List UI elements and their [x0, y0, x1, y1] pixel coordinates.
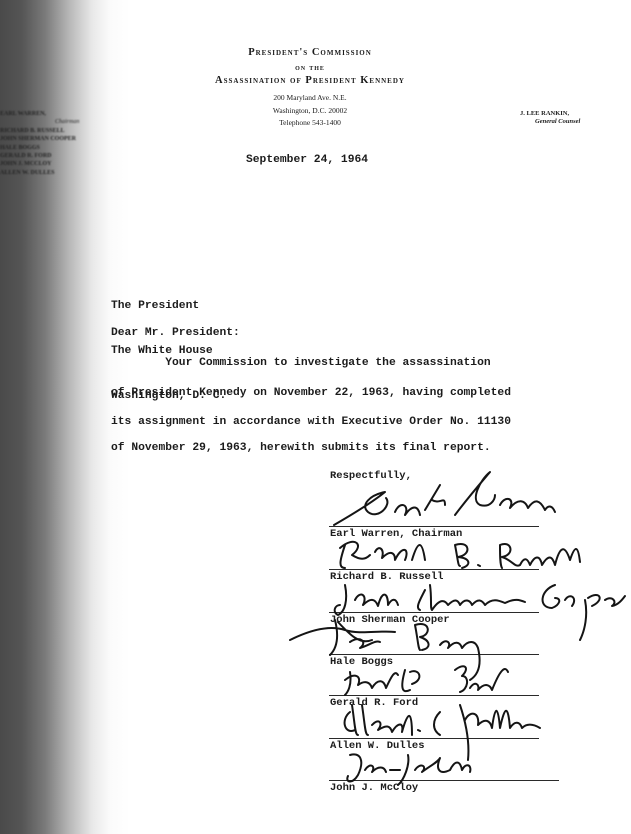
counsel-title: General Counsel [520, 118, 580, 126]
member-name: John Sherman Cooper [0, 135, 120, 143]
body-line: of November 29, 1963, herewith submits i… [111, 442, 491, 454]
letterhead-address: 200 Maryland Ave. N.E. Washington, D.C. … [190, 92, 430, 130]
letterhead-title-1: President's Commission [190, 46, 430, 60]
signatory-name: Gerald R. Ford [330, 697, 418, 709]
closing: Respectfully, [330, 470, 412, 482]
general-counsel: J. Lee Rankin, General Counsel [520, 110, 580, 126]
signatory-name: John Sherman Cooper [330, 614, 450, 626]
member-name: Earl Warren, [0, 110, 120, 118]
letter-date: September 24, 1964 [246, 154, 368, 166]
address-city: Washington, D.C. 20002 [190, 105, 430, 118]
member-name: Allen W. Dulles [0, 169, 120, 177]
letterhead-title-3: Assassination of President Kennedy [190, 74, 430, 88]
letterhead: President's Commission on the Assassinat… [190, 46, 430, 130]
recipient-line: The President [111, 299, 226, 314]
counsel-name: J. Lee Rankin, [520, 110, 580, 118]
address-telephone: Telephone 543-1400 [190, 117, 430, 130]
salutation: Dear Mr. President: [111, 327, 240, 339]
commission-members-list: Earl Warren, Chairman Richard B. Russell… [0, 110, 120, 177]
signatory-name: John J. McCloy [330, 782, 418, 794]
signatory-name: Hale Boggs [330, 656, 393, 668]
member-title: Chairman [0, 118, 120, 126]
member-name: Gerald R. Ford [0, 152, 120, 160]
member-name: Hale Boggs [0, 144, 120, 152]
signatory-name: Richard B. Russell [330, 571, 443, 583]
recipient-address: The President The White House Washington… [111, 269, 226, 434]
body-line: of President Kennedy on November 22, 196… [111, 387, 511, 399]
body-line: its assignment in accordance with Execut… [111, 416, 511, 428]
address-street: 200 Maryland Ave. N.E. [190, 92, 430, 105]
signatory-name: Earl Warren, Chairman [330, 528, 462, 540]
signatory-name: Allen W. Dulles [330, 740, 425, 752]
body-line: Your Commission to investigate the assas… [111, 357, 491, 369]
member-name: John J. McCloy [0, 160, 120, 168]
letter-page: President's Commission on the Assassinat… [0, 0, 631, 834]
member-name: Richard B. Russell [0, 127, 120, 135]
letterhead-title-2: on the [190, 60, 430, 74]
